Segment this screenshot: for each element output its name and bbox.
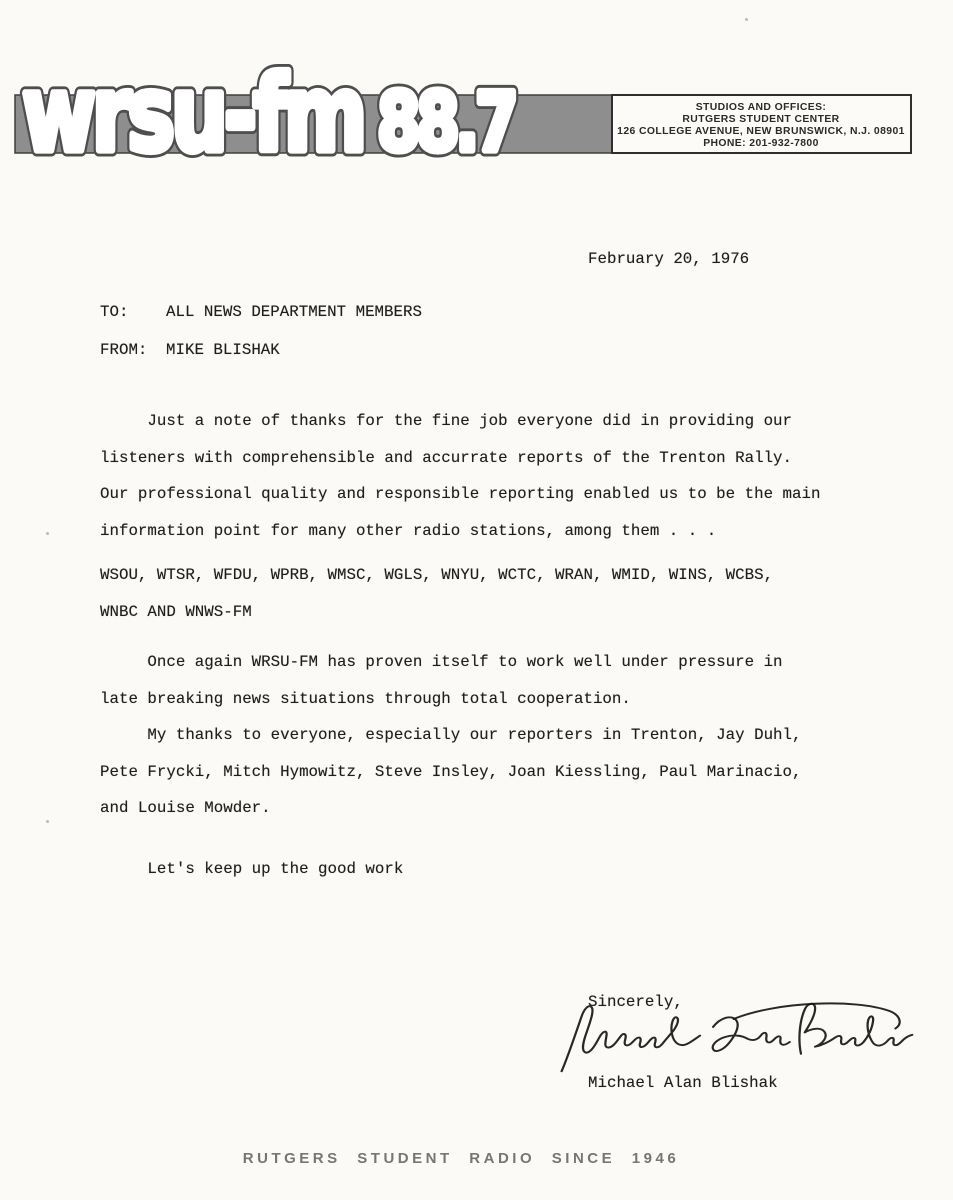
address-line-2: RUTGERS STUDENT CENTER — [682, 114, 839, 125]
memo-to-row: TO:ALL NEWS DEPARTMENT MEMBERS — [100, 303, 422, 321]
typed-line: WSOU, WTSR, WFDU, WPRB, WMSC, WGLS, WNYU… — [100, 557, 773, 594]
footer-slogan: RUTGERS STUDENT RADIO SINCE 1946 — [0, 1150, 922, 1167]
address-line-1: STUDIOS AND OFFICES: — [696, 102, 827, 113]
signature-stroke-first — [562, 1006, 700, 1071]
sincerely-label: Sincerely, — [588, 993, 683, 1011]
memo-closing-line: Let's keep up the good work — [100, 860, 403, 878]
from-value: MIKE BLISHAK — [166, 341, 280, 359]
typed-line: information point for many other radio s… — [100, 513, 820, 550]
scan-speck — [46, 820, 49, 823]
typed-line: and Louise Mowder. — [100, 790, 802, 827]
to-value: ALL NEWS DEPARTMENT MEMBERS — [166, 303, 422, 321]
typed-line: Our professional quality and responsible… — [100, 476, 820, 513]
typed-line: Pete Frycki, Mitch Hymowitz, Steve Insle… — [100, 754, 802, 791]
typed-line: My thanks to everyone, especially our re… — [100, 717, 802, 754]
typed-line: WNBC AND WNWS-FM — [100, 594, 773, 631]
station-letterhead: wrsu-fm88.7 wrsu-fm88.7 STUDIOS AND OFFI… — [0, 58, 953, 178]
signature-flourish — [734, 1003, 900, 1028]
address-line-4: PHONE: 201-932-7800 — [703, 138, 819, 149]
logo-text: wrsu-fm88.7 — [22, 58, 514, 175]
logo-text-group: wrsu-fm88.7 wrsu-fm88.7 — [22, 58, 514, 175]
from-label: FROM: — [100, 341, 166, 359]
typed-line: listeners with comprehensible and accurr… — [100, 440, 820, 477]
typed-line: Just a note of thanks for the fine job e… — [100, 403, 820, 440]
memo-paragraph-thanks: Just a note of thanks for the fine job e… — [100, 403, 820, 549]
memo-station-list: WSOU, WTSR, WFDU, WPRB, WMSC, WGLS, WNYU… — [100, 557, 773, 630]
memo-page: wrsu-fm88.7 wrsu-fm88.7 STUDIOS AND OFFI… — [0, 0, 953, 1200]
to-label: TO: — [100, 303, 166, 321]
memo-paragraph-reporters: My thanks to everyone, especially our re… — [100, 717, 802, 827]
memo-date: February 20, 1976 — [588, 250, 749, 268]
signature-stroke-last — [799, 1004, 912, 1054]
memo-paragraph-pressure: Once again WRSU-FM has proven itself to … — [100, 644, 783, 717]
signature-stroke-middle — [713, 1017, 790, 1051]
typed-line: Once again WRSU-FM has proven itself to … — [100, 644, 783, 681]
address-line-3: 126 COLLEGE AVENUE, NEW BRUNSWICK, N.J. … — [617, 126, 905, 137]
scan-speck — [745, 18, 748, 21]
memo-from-row: FROM:MIKE BLISHAK — [100, 341, 280, 359]
typed-line: late breaking news situations through to… — [100, 681, 783, 718]
handwritten-signature — [556, 1000, 916, 1076]
typed-signature-name: Michael Alan Blishak — [588, 1074, 778, 1092]
scan-speck — [46, 532, 49, 535]
